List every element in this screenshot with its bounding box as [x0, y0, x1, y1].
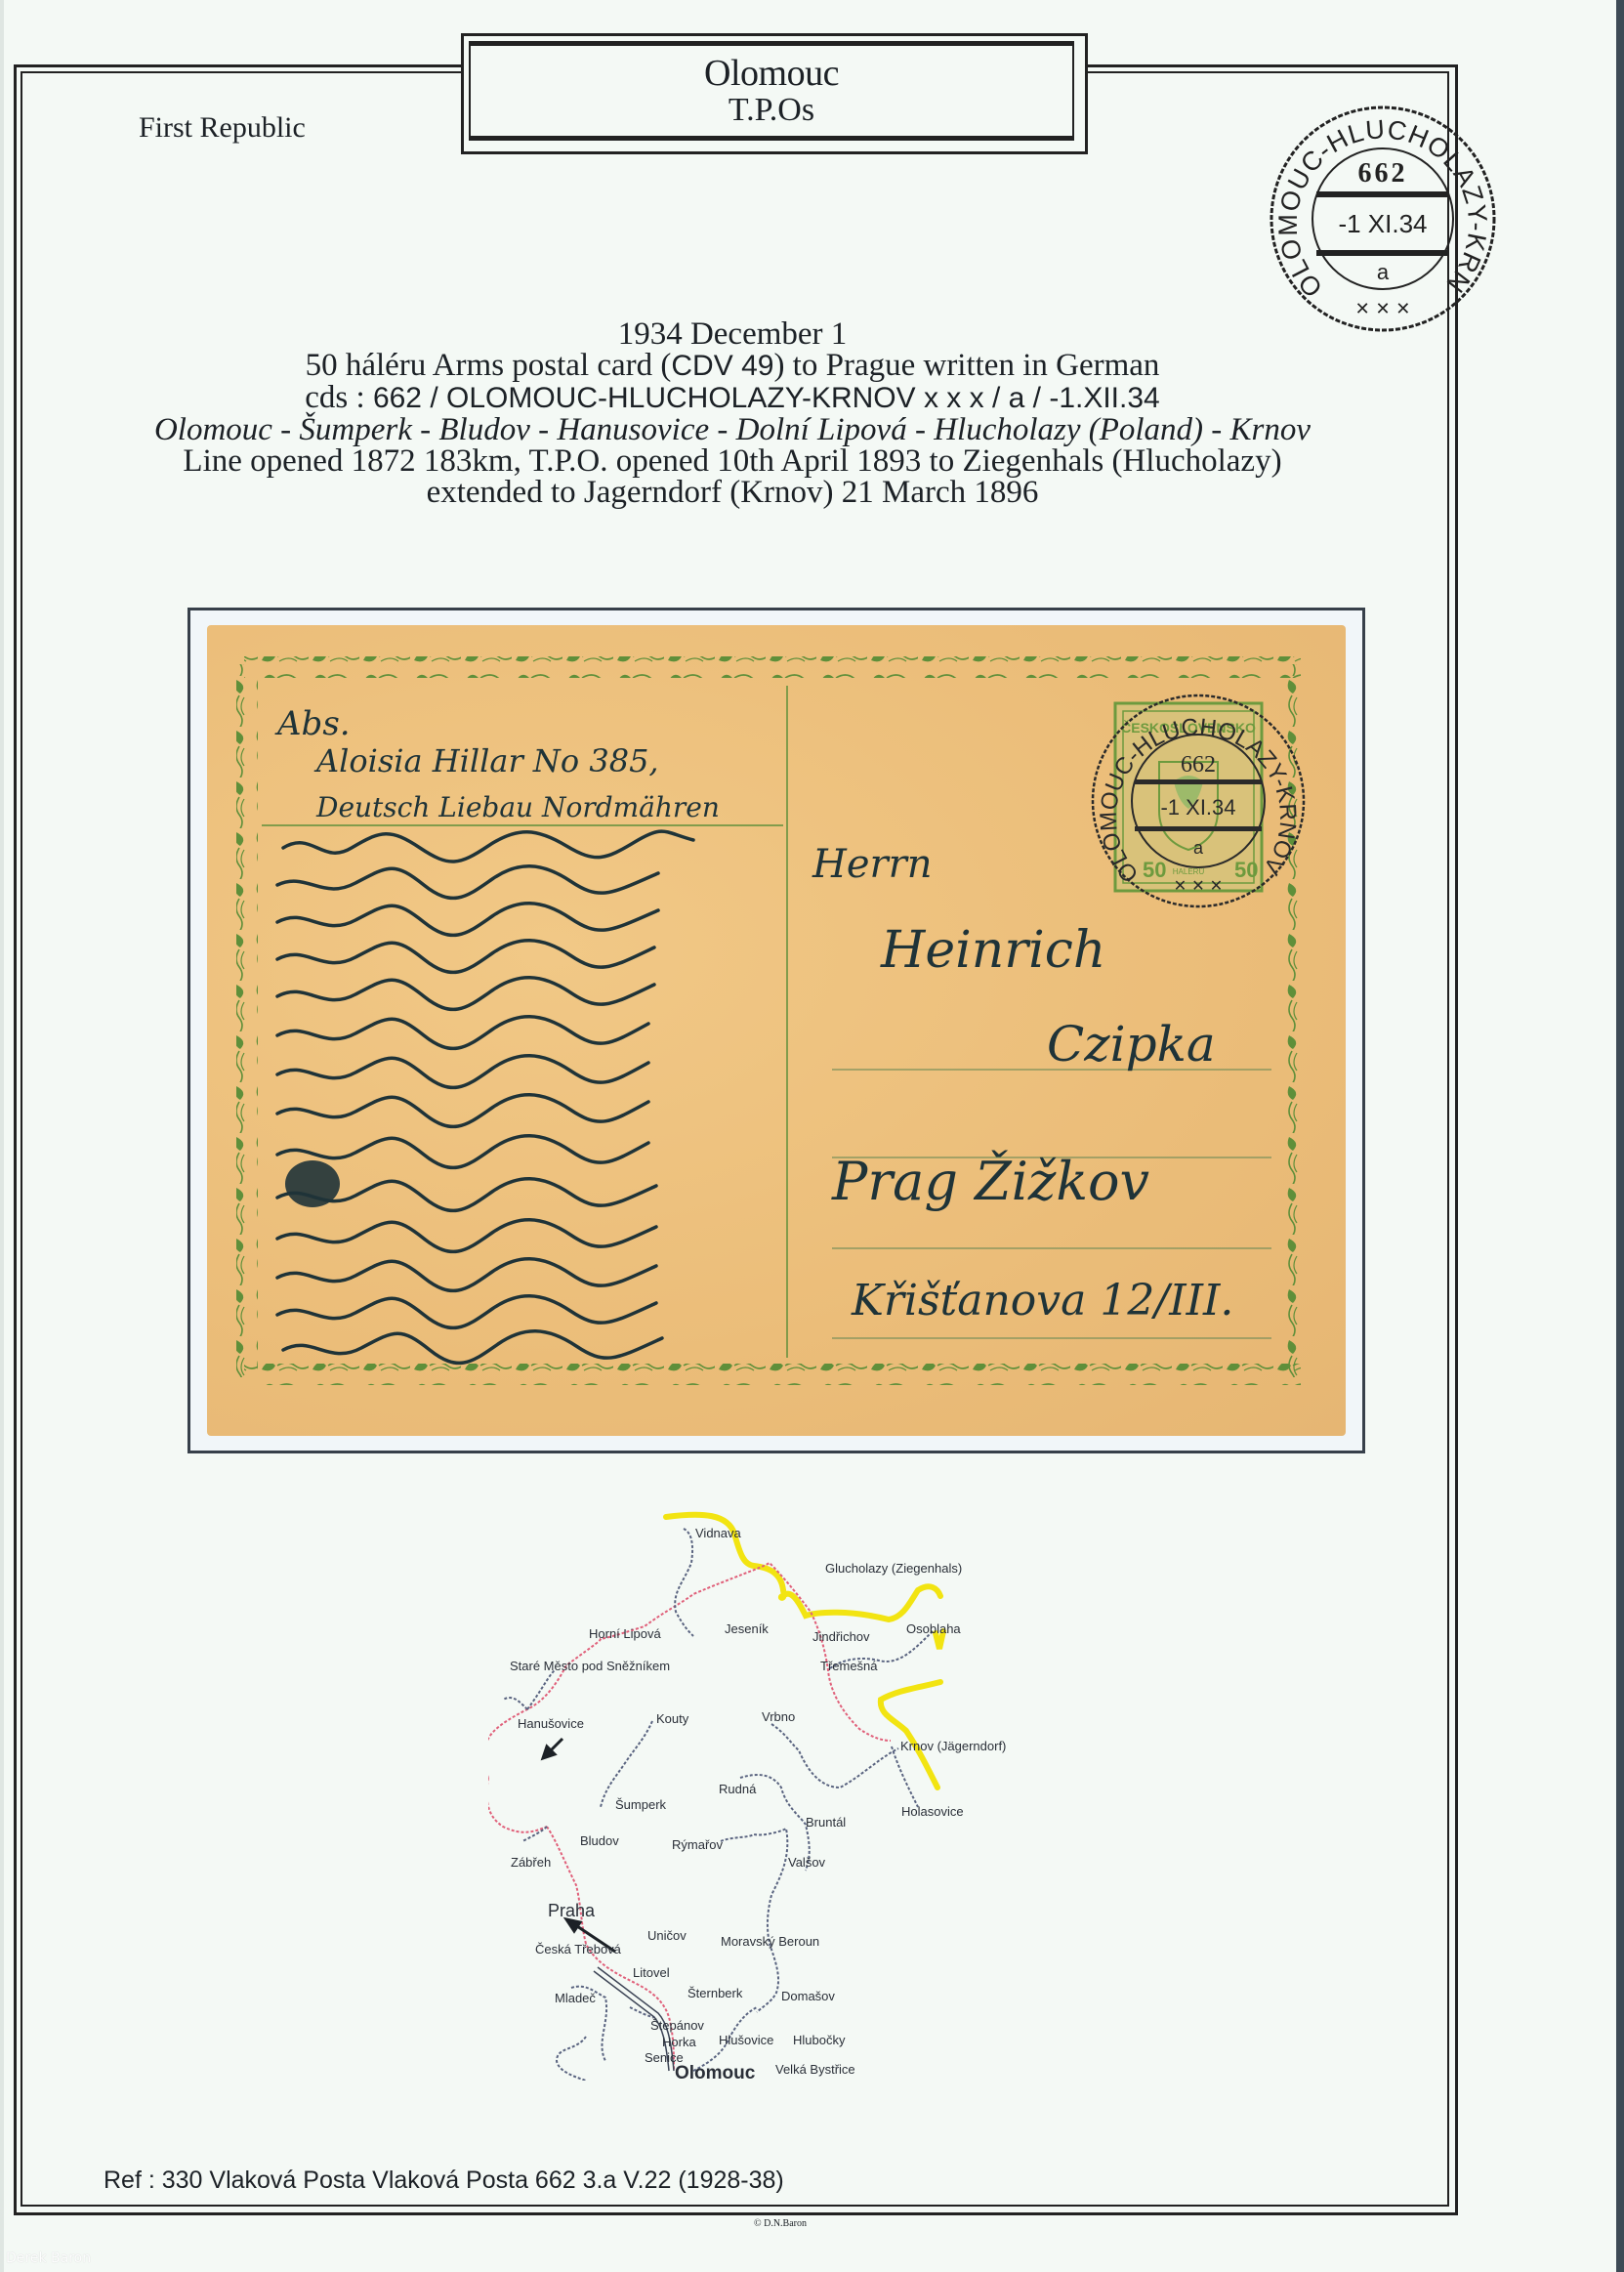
address-salutation: Herrn — [812, 842, 933, 887]
station-mladec: Mladeč — [555, 1991, 596, 2005]
station-hanusovice: Hanušovice — [518, 1716, 584, 1731]
postmark-train-number: 662 — [1358, 158, 1408, 189]
station-hlubocky: Hlubočky — [793, 2033, 845, 2047]
station-jesenik: Jeseník — [725, 1621, 769, 1636]
cds-line: cds : 662 / OLOMOUC-HLUCHOLAZY-KRNOV x x… — [39, 382, 1426, 414]
watermark: Derek Baron — [6, 2251, 91, 2266]
station-horni-lipova: Horní Lipová — [589, 1626, 661, 1641]
sender-label: Abs. — [274, 704, 351, 743]
postcard: Abs. Aloisia Hillar No 385, Deutsch Lieb… — [207, 625, 1346, 1436]
station-tremesna: Třemešná — [820, 1659, 878, 1673]
catalog-number: CDV 49 — [671, 350, 773, 382]
station-litovel: Litovel — [633, 1965, 670, 1980]
reference-line: Ref : 330 Vlaková Posta Vlaková Posta 66… — [104, 2167, 784, 2195]
page-edge-right — [1616, 0, 1624, 2272]
svg-text:662: 662 — [1181, 752, 1216, 778]
station-domasov: Domašov — [781, 1989, 835, 2003]
station-bruntal: Bruntál — [806, 1815, 846, 1830]
station-krnov: Krnov (Jägerndorf) — [900, 1739, 1006, 1753]
date-line: 1934 December 1 — [39, 318, 1426, 350]
station-velka-bystrice: Velká Bystřice — [775, 2062, 855, 2077]
route-line: Olomouc - Šumperk - Bludov - Hanusovice … — [39, 414, 1426, 445]
sender-town: Deutsch Liebau Nordmähren — [315, 791, 720, 823]
address-first-name: Heinrich — [880, 921, 1105, 980]
station-unicov: Uničov — [647, 1928, 687, 1943]
description: 1934 December 1 50 háléru Arms postal ca… — [39, 318, 1426, 508]
history-line-1: Line opened 1872 183km, T.P.O. opened 10… — [39, 445, 1426, 477]
station-glucholazy: Glucholazy (Ziegenhals) — [825, 1561, 962, 1576]
station-vidnava: Vidnava — [695, 1526, 741, 1540]
svg-text:a: a — [1193, 838, 1204, 858]
card-line: 50 háléru Arms postal card (CDV 49) to P… — [39, 350, 1426, 382]
station-holasovice: Holasovice — [901, 1804, 964, 1819]
address-city: Prag Žižkov — [831, 1150, 1149, 1212]
station-kouty: Kouty — [656, 1711, 688, 1726]
postmark-date: -1 XI.34 — [1338, 209, 1427, 238]
station-hlusovice: Hlušovice — [719, 2033, 773, 2047]
station-vrbno: Vrbno — [762, 1709, 795, 1724]
station-stepanov: Štepánov — [650, 2018, 704, 2033]
station-ceska-trebova: Česká Třebová — [535, 1942, 621, 1956]
svg-text:✕ ✕ ✕: ✕ ✕ ✕ — [1174, 876, 1223, 895]
history-line-2: extended to Jagerndorf (Krnov) 21 March … — [39, 477, 1426, 508]
section-label: First Republic — [139, 111, 306, 145]
station-sumperk: Šumperk — [615, 1797, 666, 1812]
stamp-value-right: 50 — [1234, 858, 1258, 882]
handwritten-message — [277, 831, 693, 1363]
station-olomouc: Olomouc — [675, 2063, 755, 2084]
station-praha: Praha — [548, 1901, 595, 1921]
address-street: Křišťanova 12/III. — [851, 1276, 1233, 1325]
station-zabreh: Zábřeh — [511, 1855, 551, 1870]
postcard-artwork: Abs. Aloisia Hillar No 385, Deutsch Lieb… — [207, 625, 1346, 1436]
station-moravsky-beroun: Moravský Beroun — [721, 1934, 819, 1949]
station-rymarov: Rýmařov — [672, 1837, 723, 1852]
station-horka: Horka — [662, 2035, 696, 2049]
address-surname: Czipka — [1047, 1016, 1216, 1073]
station-sternberk: Šternberk — [687, 1986, 742, 2000]
page-subtitle: T.P.Os — [471, 93, 1072, 128]
route-map: Vidnava Glucholazy (Ziegenhals) Horní Li… — [488, 1494, 1074, 2081]
station-rudna: Rudná — [719, 1782, 756, 1796]
title-box: Olomouc T.P.Os — [469, 41, 1074, 141]
station-osoblaha: Osoblaha — [906, 1621, 961, 1636]
page-edge-left — [0, 0, 4, 2272]
sender-name: Aloisia Hillar No 385, — [313, 742, 659, 779]
station-valsov: Valšov — [788, 1855, 825, 1870]
postmark-enlarged: OLOMOUC-HLUCHOLAZY-KRNOV 662 -1 XI.34 a … — [1266, 102, 1500, 336]
station-bludov: Bludov — [580, 1833, 619, 1848]
postmark-ornament: ✕ ✕ ✕ — [1355, 299, 1411, 319]
cds-text: 662 / OLOMOUC-HLUCHOLAZY-KRNOV x x x / a… — [373, 382, 1160, 414]
station-stare-mesto: Staré Město pod Sněžníkem — [510, 1659, 670, 1673]
station-jindrichov: Jindřichov — [812, 1629, 870, 1644]
postmark-suffix: a — [1377, 260, 1390, 284]
svg-text:-1 XI.34: -1 XI.34 — [1160, 795, 1235, 820]
page-title: Olomouc — [471, 54, 1072, 93]
stamp-value-left: 50 — [1143, 858, 1166, 882]
copyright: © D.N.Baron — [754, 2218, 807, 2229]
stamp-currency: HALÉŘŮ — [1173, 867, 1205, 876]
